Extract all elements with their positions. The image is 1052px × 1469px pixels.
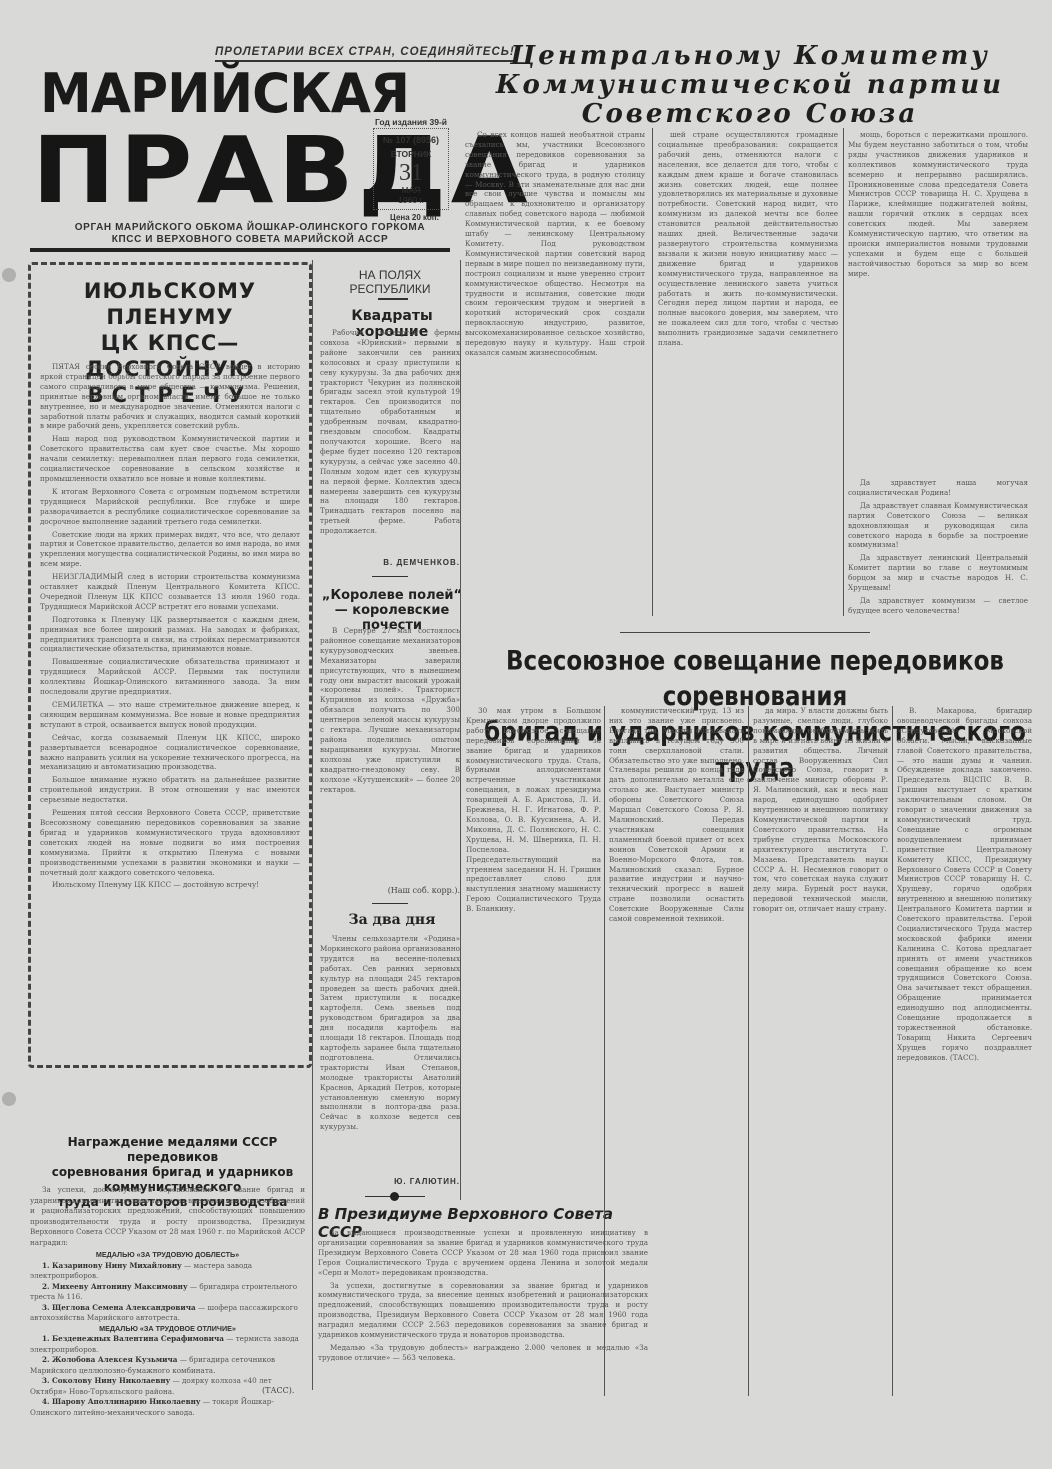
column-divider <box>652 128 653 616</box>
plenum-paragraph: Советские люди на ярких примерах видят, … <box>40 530 300 570</box>
column-divider <box>748 706 749 1396</box>
issue-day: 31 <box>374 161 448 185</box>
conference-column-2: коммунистический труд. 13 из них это зва… <box>609 706 744 1396</box>
article-body: Члены сельхозартели «Родина» Моркинского… <box>320 934 460 1174</box>
awards-list: За успехи, достигнутые в соревновании за… <box>30 1185 305 1418</box>
masthead-rule <box>30 248 450 252</box>
slogan-line: Да здравствует славная Коммунистическая … <box>848 501 1028 551</box>
rubric-republic-fields: НА ПОЛЯХ РЕСПУБЛИКИ <box>320 268 460 296</box>
issue-box: № 107 (8956) ВТОРНИК 31 МАЯ 1960 г. <box>373 128 449 210</box>
plenum-paragraph: Сейчас, когда созываемый Пленум ЦК КПСС,… <box>40 733 300 773</box>
letter-closing-slogans: Да здравствует наша могучая социалистиче… <box>848 478 1028 614</box>
slogan-line: Да здравствует коммунизм — светлое будущ… <box>848 596 1028 614</box>
plenum-body: ПЯТАЯ сессия Верховного Совета СССР войд… <box>40 362 300 1052</box>
medal-heading: МЕДАЛЬЮ «ЗА ТРУДОВОЕ ОТЛИЧИЕ» <box>30 1324 305 1335</box>
conference-paragraph: 30 мая утром в Большом Кремлевском дворц… <box>466 706 601 914</box>
article-text: В Сернуре 27 мая состоялось районное сов… <box>320 626 460 794</box>
plenum-paragraph: Большое внимание нужно обратить на дальн… <box>40 775 300 805</box>
conference-column-4: В. Макарова, бригадир овощеводческой бри… <box>897 706 1032 1396</box>
column-divider <box>312 260 313 1390</box>
medal-heading: МЕДАЛЬЮ «ЗА ТРУДОВУЮ ДОБЛЕСТЬ» <box>30 1250 305 1261</box>
conference-paragraph: да мира. У власти должны быть разумные, … <box>753 706 888 914</box>
binding-hole <box>2 1092 16 1106</box>
letter-column-1: Со всех концов нашей необъятной страны с… <box>465 130 645 610</box>
newspaper-title-line1: МАРИЙСКАЯ <box>40 67 409 122</box>
plenum-paragraph: К итогам Верховного Совета с огромным по… <box>40 487 300 527</box>
award-recipient: 2. Жолобова Алексея Кузьмича — бригадира… <box>30 1355 305 1376</box>
article-author: (Наш соб. корр.). <box>320 886 460 895</box>
recipient-name: 4. Шарову Аполлинарию Николаевну <box>42 1397 200 1406</box>
conference-column-3: да мира. У власти должны быть разумные, … <box>753 706 888 1396</box>
plenum-paragraph: Подготовка к Пленуму ЦК развертывается с… <box>40 615 300 655</box>
letter-headline-line: Коммунистической партии <box>490 71 1010 100</box>
awards-headline-line: Награждение медалями СССР передовиков <box>40 1135 305 1165</box>
article-author: В. ДЕМЧЕНКОВ. <box>320 558 460 567</box>
plenum-paragraph: ПЯТАЯ сессия Верховного Совета СССР войд… <box>40 362 300 431</box>
letter-headline-line: Советского Союза <box>490 100 1010 129</box>
column-divider <box>892 706 893 1396</box>
plenum-paragraph: Наш народ под руководством Коммунистичес… <box>40 434 300 484</box>
rubric-rule <box>378 298 408 300</box>
awards-intro: За успехи, достигнутые в соревновании за… <box>30 1185 305 1248</box>
letter-paragraph: шей стране осуществляются громадные соци… <box>658 130 838 348</box>
awards-source: (ТАСС). <box>262 1386 294 1395</box>
recipient-name: 2. Михееву Антонину Максимовну <box>42 1282 188 1291</box>
award-recipient: 1. Казаринову Нину Михайловну — мастера … <box>30 1261 305 1282</box>
conference-headline-line: Всесоюзное совещание передовиков соревно… <box>470 644 1040 715</box>
article-author: Ю. ГАЛЮТИН. <box>320 1177 460 1186</box>
article-separator <box>372 576 408 577</box>
issue-year: 1960 г. <box>374 195 448 205</box>
column-divider <box>843 128 844 616</box>
plenum-paragraph: Июльскому Пленуму ЦК КПСС — достойную вс… <box>40 880 300 890</box>
masthead-slogan: ПРОЛЕТАРИИ ВСЕХ СТРАН, СОЕДИНЯЙТЕСЬ! <box>215 46 515 62</box>
binding-hole <box>2 268 16 282</box>
award-recipient: 1. Безденежных Валентина Серафимовича — … <box>30 1334 305 1355</box>
ornament-dot <box>390 1192 399 1201</box>
rubric-line: НА ПОЛЯХ <box>320 268 460 282</box>
award-recipient: 4. Шарову Аполлинарию Николаевну — токар… <box>30 1397 305 1418</box>
article-text: Члены сельхозартели «Родина» Моркинского… <box>320 934 460 1132</box>
plenum-headline-line: ИЮЛЬСКОМУ ПЛЕНУМУ <box>40 278 300 330</box>
column-divider <box>604 706 605 1396</box>
article-text: Рабочие четвертой фермы совхоза «Юрински… <box>320 328 460 536</box>
recipient-name: 3. Соколову Нину Николаевну <box>42 1376 170 1385</box>
plenum-paragraph: Повышенные социалистические обязательств… <box>40 657 300 697</box>
issue-month: МАЯ <box>374 185 448 195</box>
letter-headline: Центральному Комитету Коммунистической п… <box>490 42 1010 129</box>
plenum-paragraph: НЕИЗГЛАДИМЫЙ след в истории строительств… <box>40 572 300 612</box>
award-recipient: 2. Михееву Антонину Максимовну — бригади… <box>30 1282 305 1303</box>
letter-headline-line: Центральному Комитету <box>490 42 1010 71</box>
slogan-line: Да здравствует ленинский Центральный Ком… <box>848 553 1028 593</box>
article-body: В Сернуре 27 мая состоялось районное сов… <box>320 626 460 884</box>
conference-column-1: 30 мая утром в Большом Кремлевском дворц… <box>466 706 601 1396</box>
headline-rule <box>620 632 870 633</box>
plenum-paragraph: СЕМИЛЕТКА — это наше стремительное движе… <box>40 700 300 730</box>
issue-number: № 107 (8956) <box>374 135 448 145</box>
conference-paragraph: В. Макарова, бригадир овощеводческой бри… <box>897 706 1032 1063</box>
conference-paragraph: коммунистический труд. 13 из них это зва… <box>609 706 744 924</box>
slogan-line: Да здравствует наша могучая социалистиче… <box>848 478 1028 498</box>
recipient-name: 2. Жолобова Алексея Кузьмича <box>42 1355 177 1364</box>
publication-year: Год издания 39-й <box>375 117 447 127</box>
issue-weekday: ВТОРНИК <box>374 149 448 159</box>
issue-price: Цена 20 коп. <box>390 213 439 222</box>
award-recipient: 3. Щеглова Семена Александровича — шофер… <box>30 1303 305 1324</box>
recipient-name: 3. Щеглова Семена Александровича <box>42 1303 196 1312</box>
newspaper-title-line2: ПРАВДА <box>32 125 532 217</box>
masthead-organ: ОРГАН МАРИЙСКОГО ОБКОМА ЙОШКАР-ОЛИНСКОГО… <box>60 222 440 246</box>
article-body: Рабочие четвертой фермы совхоза «Юрински… <box>320 328 460 553</box>
rubric-line: РЕСПУБЛИКИ <box>320 282 460 296</box>
article-headline: За два дня <box>318 912 466 928</box>
letter-column-3: мощь, бороться с пережитками прошлого. М… <box>848 130 1028 470</box>
letter-paragraph: мощь, бороться с пережитками прошлого. М… <box>848 130 1028 279</box>
letter-column-2: шей стране осуществляются громадные соци… <box>658 130 838 610</box>
recipient-name: 1. Безденежных Валентина Серафимовича <box>42 1334 224 1343</box>
column-divider <box>460 260 461 1200</box>
letter-paragraph: Со всех концов нашей необъятной страны с… <box>465 130 645 358</box>
recipient-name: 1. Казаринову Нину Михайловну <box>42 1261 182 1270</box>
plenum-paragraph: Решения пятой сессии Верховного Совета С… <box>40 808 300 877</box>
article-separator <box>372 903 408 904</box>
